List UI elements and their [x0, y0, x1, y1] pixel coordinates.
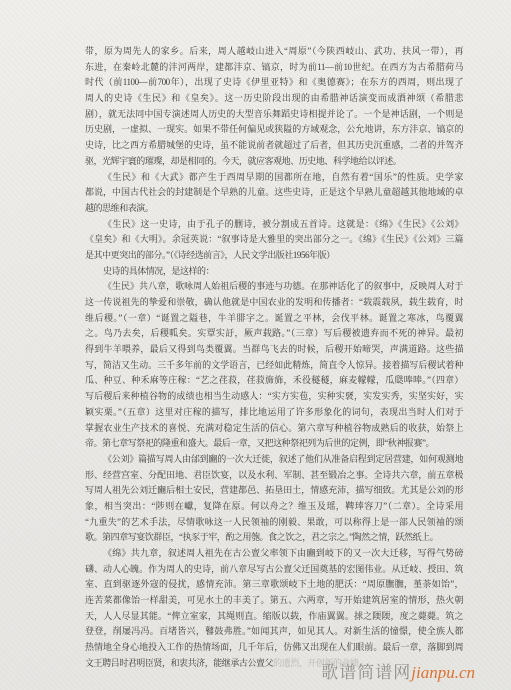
text-line: 天，人人尽显其能。“俾立室家，其绳则直。缩版以载，作庙翼翼。捄之陾陾，度之薨薨。…	[85, 609, 463, 625]
text-line: 《皇矣》和《大明》。余冠英说：“叙事诗是大雅里的突出部分之一。《绵》《生民》《公…	[85, 232, 463, 248]
text-line: 维后稷。”（一章）“诞置之隘巷，牛羊腓字之。诞置之平林，会伐平林。诞置之寒冰，鸟…	[85, 311, 463, 327]
text-line: 礴、动人心魄。作为周人的史诗，前八章尽写古公亶父迁国奠基的宏图伟业。从迁岐、授田…	[85, 562, 463, 578]
text-line: 越的思维和表演。	[85, 201, 463, 217]
text-line: 《绵》共九章，叙述周人祖先在古公亶父率领下由豳到岐下的又一次大迁移，写得气势磅	[85, 546, 463, 562]
text-line: 登登，削屡冯冯。百堵皆兴，鼛鼓弗胜。”如闻其声，如见其人。对新生活的憧憬，使全族…	[85, 624, 463, 640]
text-line: 写后稷后来种植谷物的成绩也相当生动感人：“实方实苞，实种实褎，实发实秀，实坚实好…	[85, 389, 463, 405]
text-line: 室、直到驱逐外寇的侵扰，感情充沛。第三章歌颂岐下土地的肥沃：“周原膴膴，堇荼如饴…	[85, 577, 463, 593]
paragraph: 《生民》和《大武》都产生于西周早期的国都所在地，自然有着“国乐”的性质。史学家都…	[85, 170, 463, 217]
text-line: 《生民》共八章，歌咏周人始祖后稷的事迹与功德。在那神话化了的叙事中，反映周人对于	[85, 279, 463, 295]
paragraph: 带，原为周先人的家乡。后来，周人越岐山进入“周原”（今陕西岐山、武功、扶风一带）…	[85, 44, 463, 170]
scanned-book-page: { "colors": { "paper": "#ebeae7", "ink":…	[0, 0, 511, 690]
text-line: 时代（前1100—前700年），出现了史诗《伊里亚特》和《奥德赛》；在东方的西周…	[85, 75, 463, 91]
text-line: 东进，在秦岭北麓的沣河两岸，建都沣京、镐京，时为前11—前10世纪。在西方为古希…	[85, 60, 463, 76]
text-line: 之。鸟乃去矣，后稷呱矣。实覃实訏，厥声载路。”（三章）写后稷被遗弃而不死的神异。…	[85, 326, 463, 342]
paragraph: 《生民》共八章，歌咏周人始祖后稷的事迹与功德。在那神话化了的叙事中，反映周人对于…	[85, 279, 463, 452]
text-line: 《公刘》篇描写周人由邰到豳的一次大迁徙，叙述了他们从准备启程到定居营建，如何观测…	[85, 452, 463, 468]
paragraph: 史诗的具体情况，是这样的：	[85, 264, 463, 280]
text-line: 史诗的具体情况，是这样的：	[85, 264, 463, 280]
text-line: 掌握农业生产技术的喜悦、充满对稳定生活的信心。第六章写种植谷物成熟后的收获，始祭…	[85, 421, 463, 437]
text-line: 得到牛羊喂养，最后又得到鸟类覆翼。当群鸟飞去的时候，后稷开始啼哭，声满道路。这些…	[85, 342, 463, 358]
watermark: 歌谱简谱网jianpu.cn	[321, 658, 475, 683]
text-line: 周人的史诗《生民》和《皇矣》。这一历史阶段出现的由希腊神话演变而成酒神颂（希腊悲	[85, 91, 463, 107]
text-line: 是其中更突出的部分。”（《诗经选前言》，人民文学出版社1956年版）	[85, 248, 463, 264]
text-line: 瓜、种豆、种禾麻等庄稼：“艺之荏菽，荏菽旆旆，禾役穟穟，麻麦幪幪，瓜瓞唪唪。”（…	[85, 373, 463, 389]
paragraph: 《绵》共九章，叙述周人祖先在古公亶父率领下由豳到岐下的又一次大迁移，写得气势磅礴…	[85, 546, 463, 672]
text-line: 剧），就无法同中国专演述周人历史的大型音乐舞蹈史诗相提并论了。一个是神话剧，一个…	[85, 107, 463, 123]
text-line: 都说，中国古代社会的封建制是个早熟的儿童。这些史诗，正是这个早熟儿童超越其他地域…	[85, 185, 463, 201]
text-segment: 文王聘吕时君明臣贤，和衷共济，能继承古公亶父	[85, 658, 273, 668]
text-line: 带，原为周先人的家乡。后来，周人越岐山进入“周原”（今陕西岐山、武功、扶风一带）…	[85, 44, 463, 60]
page-text: 带，原为周先人的家乡。后来，周人越岐山进入“周原”（今陕西岐山、武功、扶风一带）…	[85, 44, 463, 672]
text-line: 写周人祖先公刘迁豳后相土安民，营建都邑、拓垦田土，情感充沛，描写细致。尤其是公刘…	[85, 483, 463, 499]
text-line: 这一传说祖先的挚爱和崇敬，确认他就是中国农业的发明和传播者：“载震载夙，载生载育…	[85, 295, 463, 311]
watermark-site-name: 歌谱简谱网	[321, 663, 411, 682]
watermark-site-url: jianpu.cn	[411, 663, 475, 682]
text-line: 象，相当突出：“陟则在巘，复降在原。何以舟之？维玉及瑶，鞞琫容刀”（二章）。全诗…	[85, 499, 463, 515]
text-line: “九重失”的艺术手法，尽情歌咏这一人民领袖的刚毅、果敢，可以称得上是一部人民领袖…	[85, 515, 463, 531]
paragraph: 《公刘》篇描写周人由邰到豳的一次大迁徙，叙述了他们从准备启程到定居营建，如何观测…	[85, 452, 463, 546]
paragraph: 《生民》这一史诗，由于孔子的删诗，被分割成五首诗。这就是：《绵》《生民》《公刘》…	[85, 217, 463, 264]
text-line: 歌。第四章写宴饮群臣，“执豕于牢，酌之用匏。食之饮之，君之宗之。”陶然之情，跃然…	[85, 530, 463, 546]
text-line: 驱，光辉宇寰的璀璨，却是相同的。今天，就应客观地、历史地、科学地给以评述。	[85, 154, 463, 170]
text-line: 写，简洁又生动。三千多年前的文学语言，已经如此精炼，简直令人惊异。接着描写后稷试…	[85, 358, 463, 374]
text-line: 帝。第七章写祭祀的隆重和盛大。最后一章，又把这种祭祀列为后世的定例，即“秋神报赛…	[85, 436, 463, 452]
text-line: 连苦菜都像饴一样甜美，可见水土的丰美了。第五、六两章，写开始建筑居室的情形，热火…	[85, 593, 463, 609]
text-line: 史诗，比之西方希腊城堡的史诗，虽不能说前者就超过了后者，但其历史沉重感，二者的并…	[85, 138, 463, 154]
text-line: 形、经营宫室、分配田地、君臣饮宴，以及水利、军制、甚至锻冶之事。全诗共六章，前五…	[85, 468, 463, 484]
text-line: 历史剧，一虚拟、一现实。如果不带任何偏见或狭隘的方域观念，公允地讲，东方沣京、镐…	[85, 122, 463, 138]
text-line: 热情地全身心地投入工作的热情场面，几千年后，仿佛又出现在人们眼前。最后一章，落脚…	[85, 640, 463, 656]
text-line: 颖实栗。”（五章）这里对庄稼的描写，排比地运用了许多形象化的词句，表现出当时人们…	[85, 405, 463, 421]
text-line: 《生民》和《大武》都产生于西周早期的国都所在地，自然有着“国乐”的性质。史学家	[85, 170, 463, 186]
text-line: 《生民》这一史诗，由于孔子的删诗，被分割成五首诗。这就是：《绵》《生民》《公刘》	[85, 217, 463, 233]
